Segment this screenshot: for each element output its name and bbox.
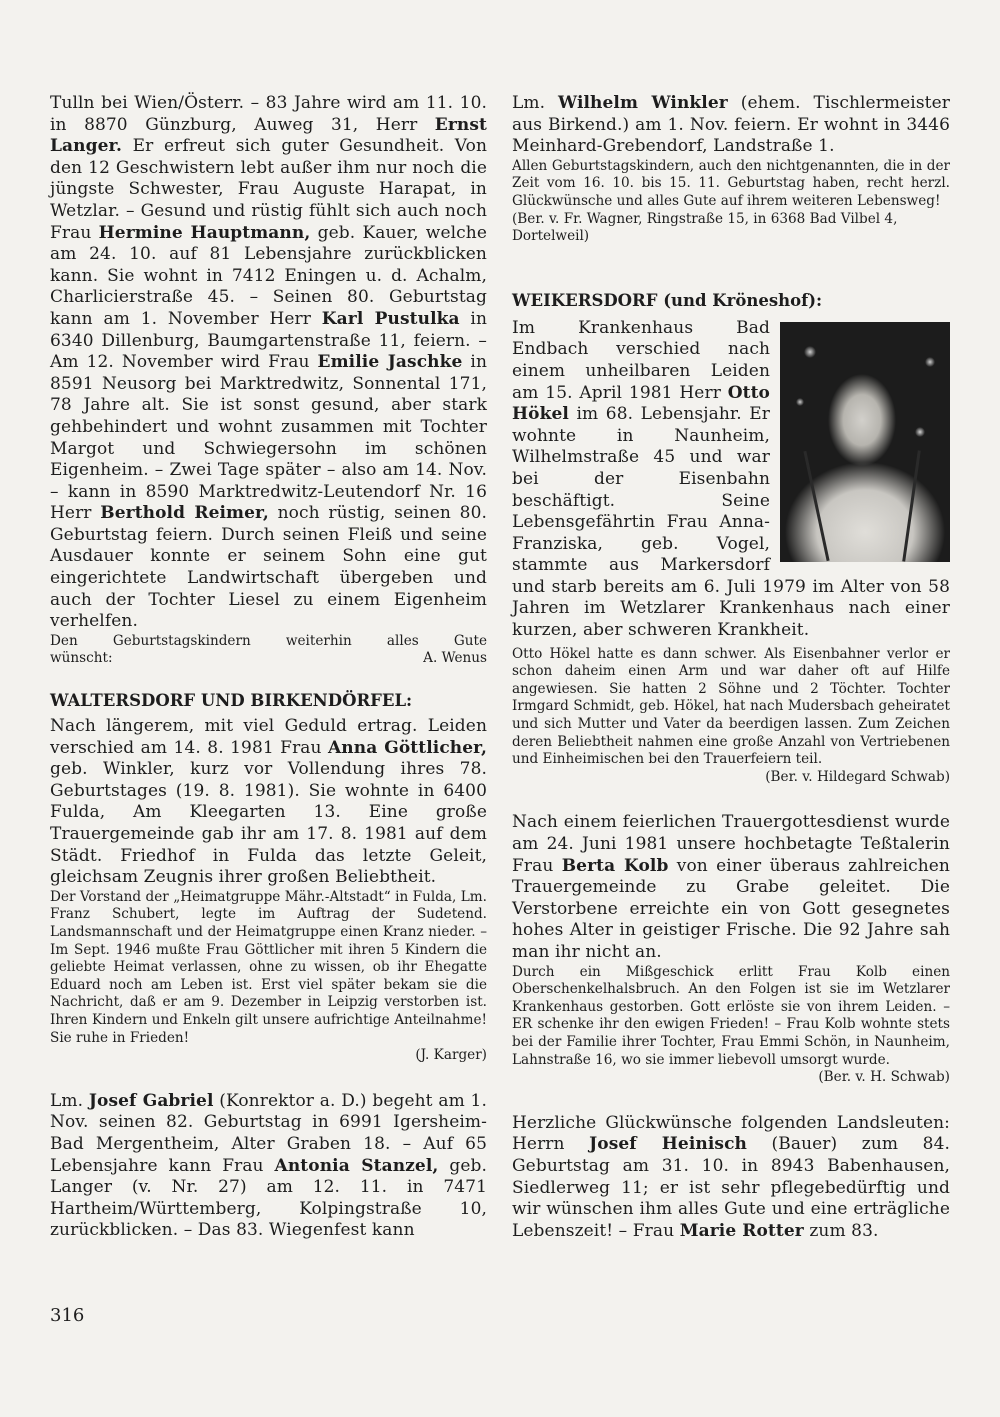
closing-signature-row: wünscht: A. Wenus (50, 650, 487, 668)
section-heading-waltersdorf: WALTERSDORF UND BIRKENDÖRFEL: (50, 690, 487, 712)
article-goettlicher: Nach längerem, mit viel Geduld ertrag. L… (50, 716, 487, 889)
page-number: 316 (50, 1305, 84, 1327)
closing-wish: Den Geburtstagskindern weiterhin alles G… (50, 633, 487, 651)
person-name: Wilhelm Winkler (558, 93, 728, 113)
person-name: Antonia Stanzel, (275, 1156, 439, 1176)
photo-detail (902, 450, 921, 561)
section-heading-weikersdorf: WEIKERSDORF (und Kröneshof): (512, 290, 950, 312)
person-name: Josef Gabriel (89, 1091, 214, 1111)
person-name: Josef Heinisch (589, 1134, 747, 1154)
photo-detail (803, 451, 829, 561)
birthday-wishes: Allen Geburtstagskindern, auch den nicht… (512, 158, 950, 211)
author-signature: (Ber. v. Fr. Wagner, Ringstraße 15, in 6… (512, 211, 950, 246)
person-name: Marie Rotter (680, 1221, 804, 1241)
person-name: Berthold Reimer, (100, 503, 269, 523)
left-column: Tulln bei Wien/Österr. – 83 Jahre wird a… (50, 93, 487, 1242)
article-birthdays-gabriel: Lm. Josef Gabriel (Konrektor a. D.) bege… (50, 1091, 487, 1242)
person-name: Anna Göttlicher, (328, 738, 487, 758)
article-kolb-detail: Durch ein Mißgeschick erlitt Frau Kolb e… (512, 964, 950, 1070)
person-name: Hermine Hauptmann, (99, 223, 311, 243)
author-signature: (Ber. v. Hildegard Schwab) (512, 769, 950, 787)
article-birthdays-intro: Tulln bei Wien/Österr. – 83 Jahre wird a… (50, 93, 487, 633)
article-greetings: Herzliche Glückwünsche folgenden Landsle… (512, 1113, 950, 1243)
portrait-photo (780, 322, 950, 562)
article-winkler: Lm. Wilhelm Winkler (ehem. Tischlermeist… (512, 93, 950, 158)
person-name: Emilie Jaschke (318, 352, 463, 372)
article-hoekel-detail: Otto Hökel hatte es dann schwer. Als Eis… (512, 646, 950, 769)
person-name: Karl Pustulka (322, 309, 460, 329)
article-kolb: Nach einem feierlichen Trauergottesdiens… (512, 812, 950, 963)
author-signature: A. Wenus (423, 650, 487, 668)
article-goettlicher-detail: Der Vorstand der „Heimatgruppe Mähr.-Alt… (50, 889, 487, 1047)
person-name: Berta Kolb (562, 856, 669, 876)
author-signature: (J. Karger) (50, 1047, 487, 1065)
author-signature: (Ber. v. H. Schwab) (512, 1069, 950, 1087)
closing-label: wünscht: (50, 650, 113, 668)
right-column: Lm. Wilhelm Winkler (ehem. Tischlermeist… (512, 93, 950, 1242)
